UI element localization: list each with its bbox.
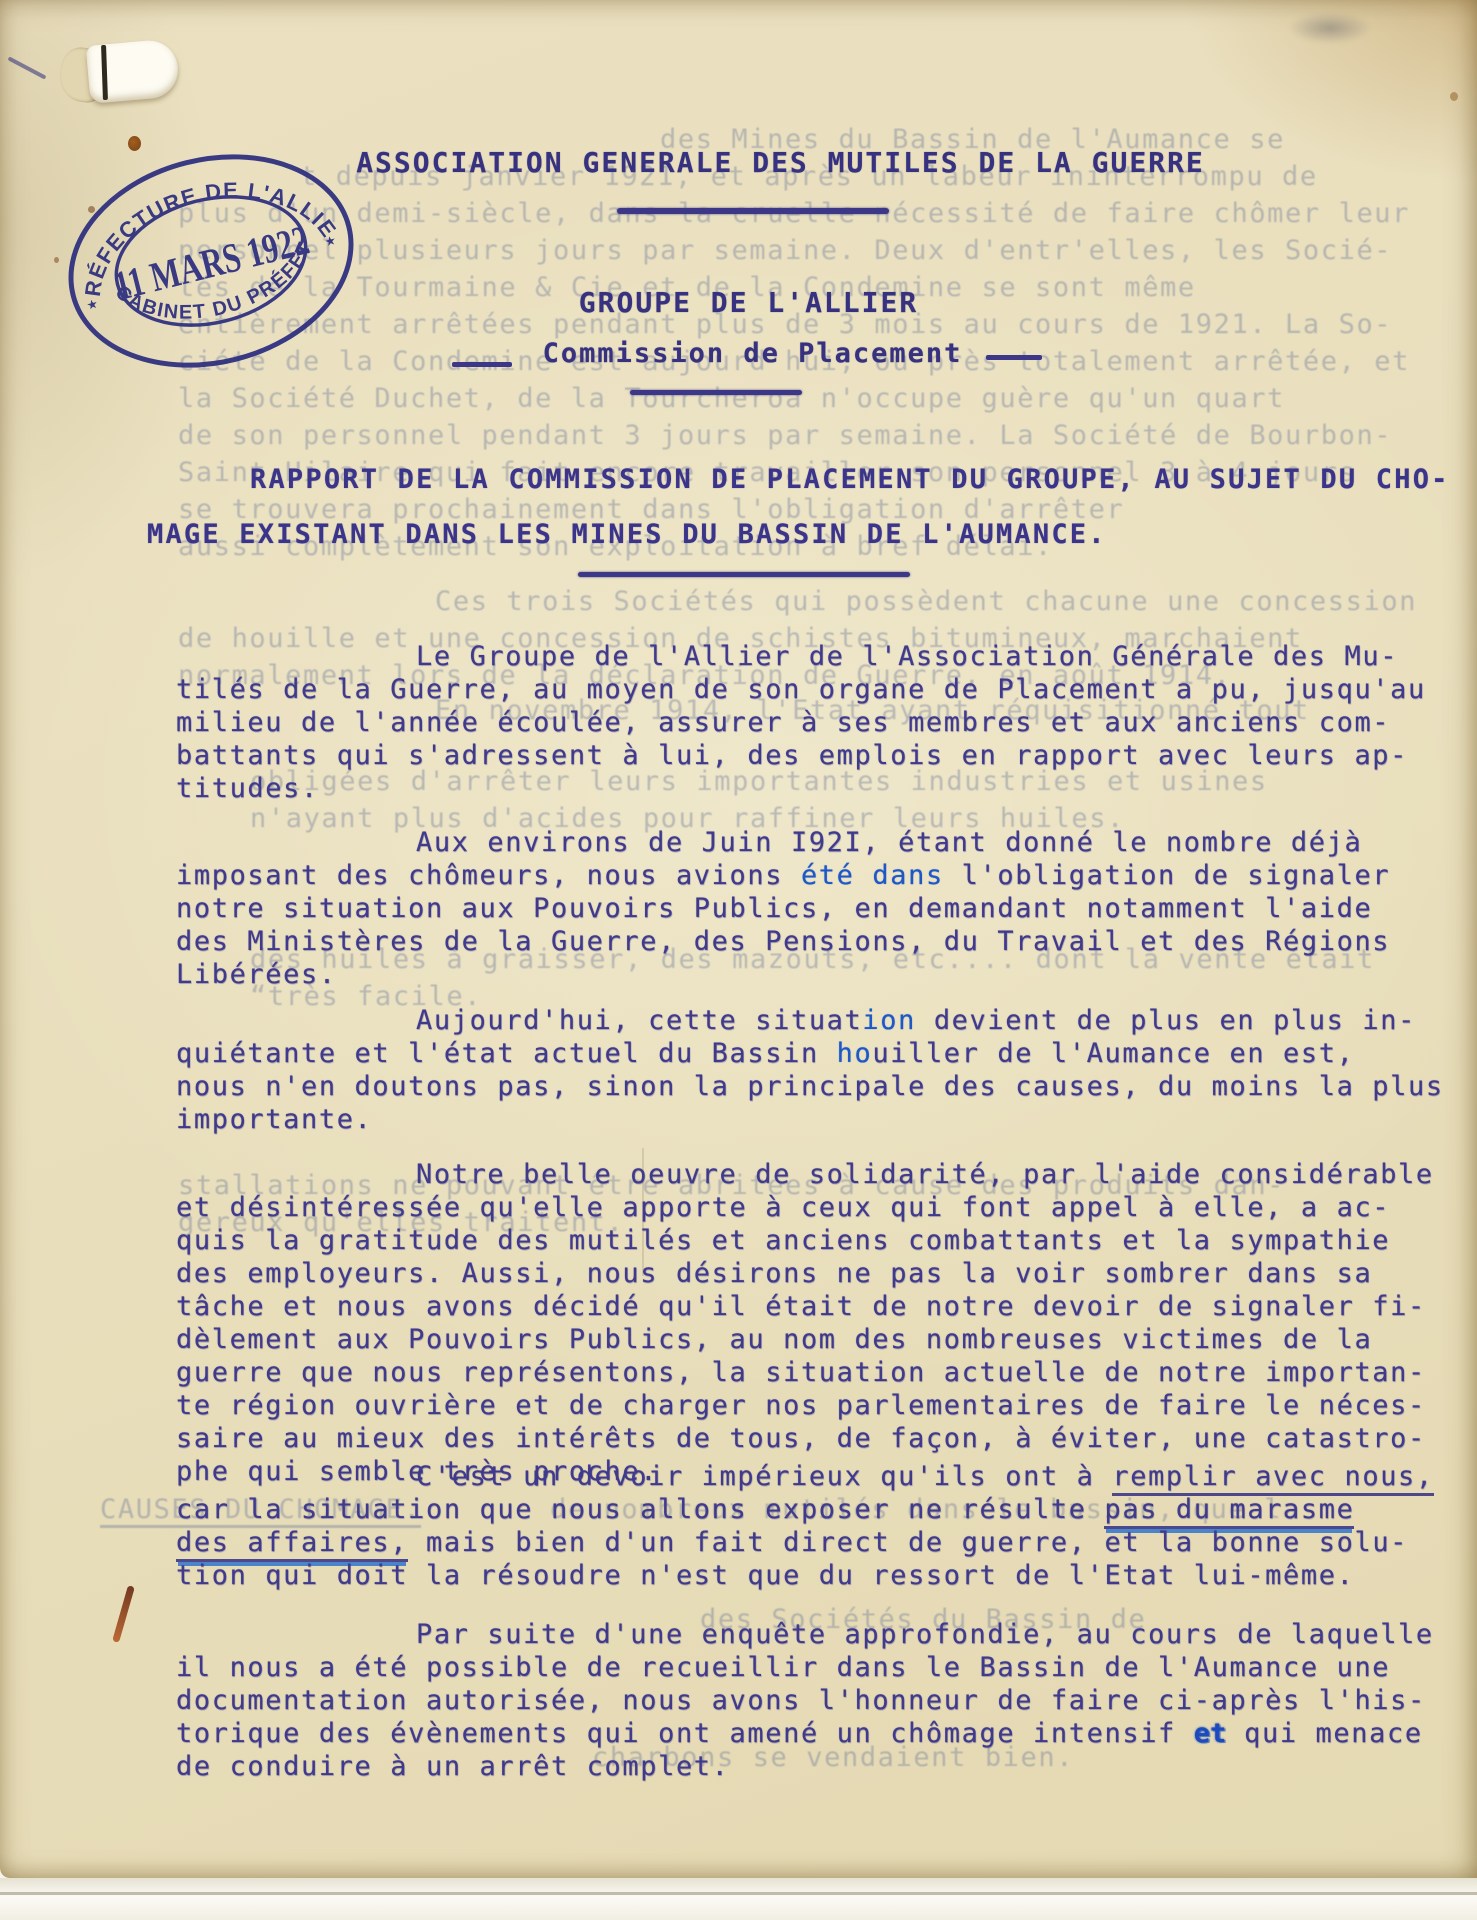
typed-segment: nous n'en doutons pas, sinon la principa… bbox=[176, 1071, 1444, 1102]
text-line: importante. bbox=[176, 1103, 1477, 1136]
text-line: milieu de l'année écoulée, assurer à ses… bbox=[176, 706, 1477, 739]
ink-correction-segment: été dans bbox=[801, 860, 944, 891]
typed-segment: C'est un devoir impérieux qu'ils ont à bbox=[416, 1461, 1112, 1492]
typed-segment: de conduire à un arrêt complet. bbox=[176, 1751, 730, 1782]
foxing-spot bbox=[1450, 92, 1458, 101]
text-line: de conduire à un arrêt complet. bbox=[176, 1750, 1477, 1783]
paragraph-2: Aux environs de Juin I92I, étant donné l… bbox=[176, 826, 1477, 991]
typed-segment: torique des évènements qui ont amené un … bbox=[176, 1718, 1194, 1749]
typed-segment: des Ministères de la Guerre, des Pension… bbox=[176, 926, 1390, 957]
association-header: ASSOCIATION GENERALE DES MUTILES DE LA G… bbox=[42, 146, 1477, 179]
commission-dash-left bbox=[452, 362, 512, 367]
text-line: nous n'en doutons pas, sinon la principa… bbox=[176, 1070, 1477, 1103]
typed-segment: mais bien d'un fait direct de guerre, et… bbox=[408, 1527, 1408, 1558]
typed-segment: qui menace bbox=[1226, 1718, 1422, 1749]
typed-segment: milieu de l'année écoulée, assurer à ses… bbox=[176, 707, 1390, 738]
text-line: des Ministères de la Guerre, des Pension… bbox=[176, 925, 1477, 958]
paragraph-1: Le Groupe de l'Allier de l'Association G… bbox=[176, 640, 1477, 805]
text-line: Le Groupe de l'Allier de l'Association G… bbox=[176, 640, 1477, 673]
text-line: quis la gratitude des mutilés et anciens… bbox=[176, 1224, 1477, 1257]
typed-segment: tilés de la Guerre, au moyen de son orga… bbox=[176, 674, 1426, 705]
typed-segment: imposant des chômeurs, nous avions bbox=[176, 860, 801, 891]
typed-segment: uiller de l'Aumance en est, bbox=[872, 1038, 1354, 1069]
typed-segment: il nous a été possible de recueillir dan… bbox=[176, 1652, 1390, 1683]
typed-segment: Le Groupe de l'Allier de l'Association G… bbox=[416, 641, 1398, 672]
document-page: des Mines du Bassin de l'Aumance set dep… bbox=[0, 0, 1477, 1878]
text-line: tion qui doit la résoudre n'est que du r… bbox=[176, 1559, 1477, 1592]
bleedthrough-text: de son personnel pendant 3 jours par sem… bbox=[178, 420, 1392, 451]
typed-segment: documentation autorisée, nous avons l'ho… bbox=[176, 1685, 1426, 1716]
typed-segment: te région ouvrière et de charger nos par… bbox=[176, 1390, 1426, 1421]
typed-segment: devient de plus en plus in- bbox=[916, 1005, 1416, 1036]
ink-correction-segment: remplir avec nous, bbox=[1112, 1461, 1433, 1496]
title-divider bbox=[578, 572, 910, 577]
text-line: documentation autorisée, nous avons l'ho… bbox=[176, 1684, 1477, 1717]
typed-segment: quis la gratitude des mutilés et anciens… bbox=[176, 1225, 1390, 1256]
typed-segment: Notre belle oeuvre de solidarité, par l'… bbox=[416, 1159, 1434, 1190]
text-line: tilés de la Guerre, au moyen de son orga… bbox=[176, 673, 1477, 706]
ink-correction-segment: des affaires, bbox=[176, 1527, 408, 1562]
typed-segment: car la situation que nous allons exposer… bbox=[176, 1494, 1104, 1525]
typed-segment: saire au mieux des intérêts de tous, de … bbox=[176, 1423, 1426, 1454]
underlying-page-edge bbox=[0, 1892, 1477, 1895]
bleedthrough-text: Ces trois Sociétés qui possèdent chacune… bbox=[435, 586, 1417, 617]
typed-segment: Aujourd'hui, cette situat bbox=[416, 1005, 862, 1036]
text-line: notre situation aux Pouvoirs Publics, en… bbox=[176, 892, 1477, 925]
report-title-line1: RAPPORT DE LA COMMISSION DE PLACEMENT DU… bbox=[250, 464, 1450, 495]
paper-tear-hole bbox=[86, 38, 181, 104]
ink-correction-segment: ho bbox=[837, 1038, 873, 1069]
bleedthrough-text: la Société Duchet, de la Tourcheroa n'oc… bbox=[178, 383, 1285, 414]
text-line: te région ouvrière et de charger nos par… bbox=[176, 1389, 1477, 1422]
text-line: battants qui s'adressent à lui, des empl… bbox=[176, 739, 1477, 772]
text-line: dèlement aux Pouvoirs Publics, au nom de… bbox=[176, 1323, 1477, 1356]
typed-segment: quiétante et l'état actuel du Bassin bbox=[176, 1038, 837, 1069]
text-line: car la situation que nous allons exposer… bbox=[176, 1493, 1477, 1526]
typed-segment: Libérées. bbox=[176, 959, 337, 990]
ink-correction-segment: pas du marasme bbox=[1104, 1494, 1354, 1529]
typed-segment: et désintéressée qu'elle apporte à ceux … bbox=[176, 1192, 1390, 1223]
text-line: saire au mieux des intérêts de tous, de … bbox=[176, 1422, 1477, 1455]
paragraph-4: Notre belle oeuvre de solidarité, par l'… bbox=[176, 1158, 1477, 1488]
groupe-header: GROUPE DE L'ALLIER bbox=[10, 286, 1477, 319]
scan-background-strip bbox=[0, 1878, 1477, 1920]
text-line: Par suite d'une enquête approfondie, au … bbox=[176, 1618, 1477, 1651]
text-line: il nous a été possible de recueillir dan… bbox=[176, 1651, 1477, 1684]
paragraph-3: Aujourd'hui, cette situation devient de … bbox=[176, 1004, 1477, 1136]
typed-segment: l'obligation de signaler bbox=[944, 860, 1390, 891]
typed-segment: notre situation aux Pouvoirs Publics, en… bbox=[176, 893, 1372, 924]
typed-segment: Aux environs de Juin I92I, étant donné l… bbox=[416, 827, 1362, 858]
typed-segment: titudes. bbox=[176, 773, 319, 804]
text-line: C'est un devoir impérieux qu'ils ont à r… bbox=[176, 1460, 1477, 1493]
text-line: Aux environs de Juin I92I, étant donné l… bbox=[176, 826, 1477, 859]
header-divider bbox=[617, 208, 889, 214]
text-line: et désintéressée qu'elle apporte à ceux … bbox=[176, 1191, 1477, 1224]
ink-correction-segment: ion bbox=[862, 1005, 916, 1036]
paragraph-5: C'est un devoir impérieux qu'ils ont à r… bbox=[176, 1460, 1477, 1592]
text-line: quiétante et l'état actuel du Bassin hou… bbox=[176, 1037, 1477, 1070]
gray-smudge bbox=[1288, 12, 1372, 44]
typed-segment: dèlement aux Pouvoirs Publics, au nom de… bbox=[176, 1324, 1372, 1355]
text-line: Libérées. bbox=[176, 958, 1477, 991]
commission-dash-right bbox=[986, 355, 1042, 360]
text-line: imposant des chômeurs, nous avions été d… bbox=[176, 859, 1477, 892]
document-scan: des Mines du Bassin de l'Aumance set dep… bbox=[0, 0, 1477, 1920]
commission-header: Commission de Placement bbox=[14, 338, 1477, 369]
report-title-line2: MAGE EXISTANT DANS LES MINES DU BASSIN D… bbox=[147, 519, 1107, 550]
text-line: Notre belle oeuvre de solidarité, par l'… bbox=[176, 1158, 1477, 1191]
text-line: guerre que nous représentons, la situati… bbox=[176, 1356, 1477, 1389]
red-stain-mark bbox=[112, 1585, 135, 1643]
text-line: Aujourd'hui, cette situation devient de … bbox=[176, 1004, 1477, 1037]
stray-ink-mark bbox=[8, 56, 47, 79]
typed-segment: tâche et nous avons décidé qu'il était d… bbox=[176, 1291, 1426, 1322]
text-line: des employeurs. Aussi, nous désirons ne … bbox=[176, 1257, 1477, 1290]
typed-segment: battants qui s'adressent à lui, des empl… bbox=[176, 740, 1408, 771]
commission-divider bbox=[630, 390, 802, 395]
typed-segment: tion qui doit la résoudre n'est que du r… bbox=[176, 1560, 1354, 1591]
ink-correction-segment: et bbox=[1194, 1718, 1227, 1749]
paragraph-6: Par suite d'une enquête approfondie, au … bbox=[176, 1618, 1477, 1783]
text-line: des affaires, mais bien d'un fait direct… bbox=[176, 1526, 1477, 1559]
text-line: tâche et nous avons décidé qu'il était d… bbox=[176, 1290, 1477, 1323]
typed-segment: des employeurs. Aussi, nous désirons ne … bbox=[176, 1258, 1372, 1289]
text-line: torique des évènements qui ont amené un … bbox=[176, 1717, 1477, 1750]
typed-segment: importante. bbox=[176, 1104, 372, 1135]
typed-segment: Par suite d'une enquête approfondie, au … bbox=[416, 1619, 1434, 1650]
text-line: titudes. bbox=[176, 772, 1477, 805]
typed-segment: guerre que nous représentons, la situati… bbox=[176, 1357, 1426, 1388]
